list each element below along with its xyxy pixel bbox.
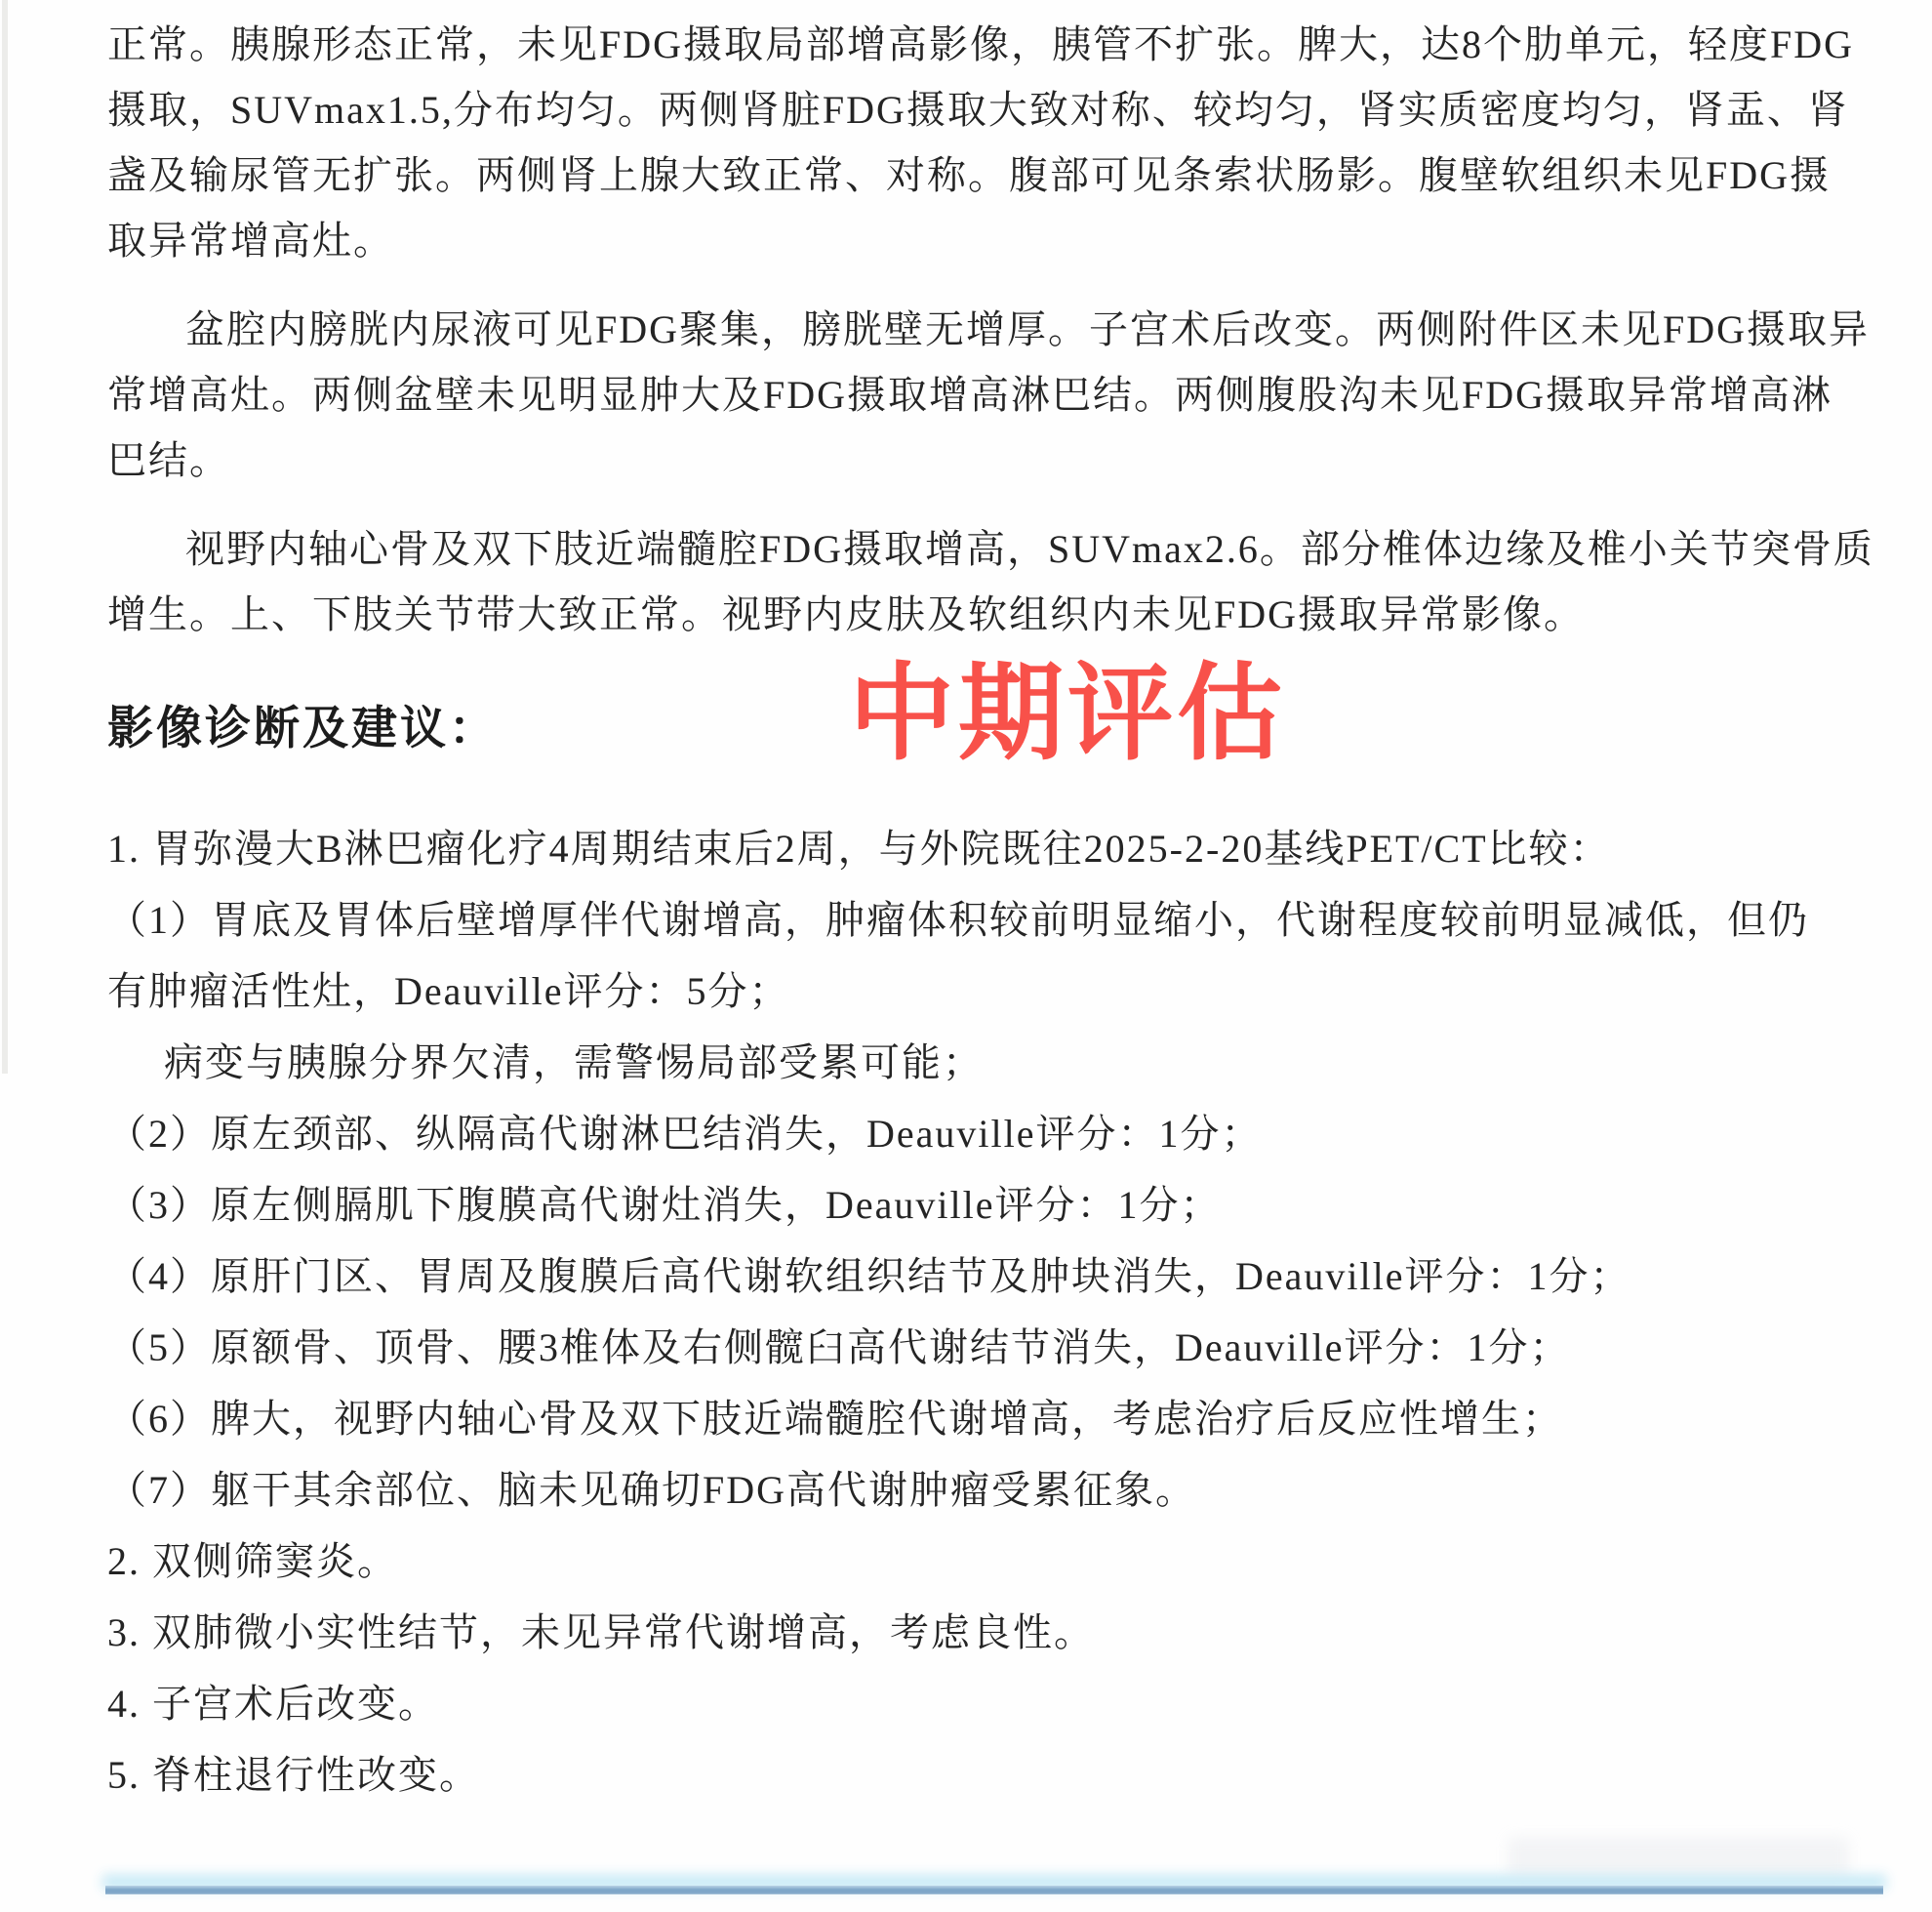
diagnosis-item: （4）原肝门区、胃周及腹膜后高代谢软组织结节及肿块消失，Deauville评分：… [107,1241,1821,1312]
report-line: 盆腔内膀胱内尿液可见FDG聚集，膀胱壁无增厚。子宫术后改变。两侧附件区未见FDG… [107,297,1821,362]
report-content: 正常。胰腺形态正常，未见FDG摄取局部增高影像，胰管不扩张。脾大，达8个肋单元，… [107,12,1821,1810]
report-line: （4）原肝门区、胃周及腹膜后高代谢软组织结节及肿块消失，Deauville评分：… [107,1241,1821,1312]
diagnosis-item: （6）脾大，视野内轴心骨及双下肢近端髓腔代谢增高，考虑治疗后反应性增生； [107,1383,1821,1454]
diagnosis-item: （7）躯干其余部位、脑未见确切FDG高代谢肿瘤受累征象。 [107,1454,1821,1526]
report-line: （5）原额骨、顶骨、腰3椎体及右侧髋臼高代谢结节消失，Deauville评分：1… [107,1312,1821,1383]
watermark [1508,1837,1849,1878]
diagnosis-list: 1. 胃弥漫大B淋巴瘤化疗4周期结束后2周，与外院既往2025-2-20基线PE… [107,813,1821,1810]
diagnosis-heading-row: 影像诊断及建议： 中期评估 [107,690,1821,784]
diagnosis-item: 5. 脊柱退行性改变。 [107,1739,1821,1810]
findings-paragraph: 盆腔内膀胱内尿液可见FDG聚集，膀胱壁无增厚。子宫术后改变。两侧附件区未见FDG… [107,297,1821,493]
report-line: 视野内轴心骨及双下肢近端髓腔FDG摄取增高，SUVmax2.6。部分椎体边缘及椎… [107,516,1821,582]
diagnosis-item: （5）原额骨、顶骨、腰3椎体及右侧髋臼高代谢结节消失，Deauville评分：1… [107,1312,1821,1383]
report-line: 正常。胰腺形态正常，未见FDG摄取局部增高影像，胰管不扩张。脾大，达8个肋单元，… [107,12,1821,77]
photo-edge [2,0,8,1074]
diagnosis-item: 4. 子宫术后改变。 [107,1668,1821,1739]
report-line: （6）脾大，视野内轴心骨及双下肢近端髓腔代谢增高，考虑治疗后反应性增生； [107,1383,1821,1454]
diagnosis-item: （1）胃底及胃体后壁增厚伴代谢增高，肿瘤体积较前明显缩小，代谢程度较前明显减低，… [107,884,1821,1027]
report-line: 巴结。 [107,427,1821,493]
diagnosis-item: 病变与胰腺分界欠清，需警惕局部受累可能； [107,1027,1821,1098]
report-line: 4. 子宫术后改变。 [107,1668,1821,1739]
findings-paragraph: 视野内轴心骨及双下肢近端髓腔FDG摄取增高，SUVmax2.6。部分椎体边缘及椎… [107,516,1821,647]
report-line: （7）躯干其余部位、脑未见确切FDG高代谢肿瘤受累征象。 [107,1454,1821,1526]
report-line: 有肿瘤活性灶，Deauville评分：5分； [107,956,1821,1027]
report-line: 摄取，SUVmax1.5,分布均匀。两侧肾脏FDG摄取大致对称、较均匀，肾实质密… [107,77,1821,142]
report-line: （1）胃底及胃体后壁增厚伴代谢增高，肿瘤体积较前明显缩小，代谢程度较前明显减低，… [107,884,1821,956]
findings: 正常。胰腺形态正常，未见FDG摄取局部增高影像，胰管不扩张。脾大，达8个肋单元，… [107,12,1821,647]
interim-evaluation-stamp: 中期评估 [849,657,1286,772]
report-line: 2. 双侧筛窦炎。 [107,1526,1821,1597]
diagnosis-item: 1. 胃弥漫大B淋巴瘤化疗4周期结束后2周，与外院既往2025-2-20基线PE… [107,813,1821,884]
report-line: 1. 胃弥漫大B淋巴瘤化疗4周期结束后2周，与外院既往2025-2-20基线PE… [107,813,1821,884]
report-line: 增生。上、下肢关节带大致正常。视野内皮肤及软组织内未见FDG摄取异常影像。 [107,582,1821,647]
diagnosis-item: 2. 双侧筛窦炎。 [107,1526,1821,1597]
diagnosis-item: 3. 双肺微小实性结节，未见异常代谢增高，考虑良性。 [107,1597,1821,1668]
findings-paragraph: 正常。胰腺形态正常，未见FDG摄取局部增高影像，胰管不扩张。脾大，达8个肋单元，… [107,12,1821,273]
report-line: 盏及输尿管无扩张。两侧肾上腺大致正常、对称。腹部可见条索状肠影。腹壁软组织未见F… [107,142,1821,208]
report-line: 3. 双肺微小实性结节，未见异常代谢增高，考虑良性。 [107,1597,1821,1668]
report-line: 常增高灶。两侧盆壁未见明显肿大及FDG摄取增高淋巴结。两侧腹股沟未见FDG摄取异… [107,362,1821,427]
diagnosis-item: （2）原左颈部、纵隔高代谢淋巴结消失，Deauville评分：1分； [107,1098,1821,1169]
report-line: （2）原左颈部、纵隔高代谢淋巴结消失，Deauville评分：1分； [107,1098,1821,1169]
report-page: 正常。胰腺形态正常，未见FDG摄取局部增高影像，胰管不扩张。脾大，达8个肋单元，… [0,0,1932,1912]
bottom-divider-line [105,1886,1883,1894]
report-line: （3）原左侧膈肌下腹膜高代谢灶消失，Deauville评分：1分； [107,1169,1821,1241]
report-line: 取异常增高灶。 [107,208,1821,273]
report-line: 5. 脊柱退行性改变。 [107,1739,1821,1810]
report-line: 病变与胰腺分界欠清，需警惕局部受累可能； [107,1027,1821,1098]
diagnosis-item: （3）原左侧膈肌下腹膜高代谢灶消失，Deauville评分：1分； [107,1169,1821,1241]
